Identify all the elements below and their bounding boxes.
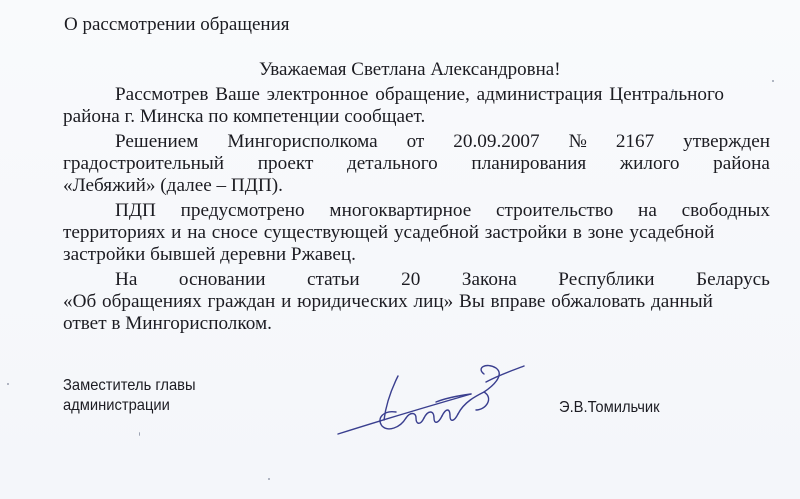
- text-line: ответ в Мингорисполком.: [63, 313, 770, 335]
- scan-speck: [772, 80, 774, 82]
- letter-greeting: Уважаемая Светлана Александровна!: [259, 59, 561, 81]
- word: Решением: [115, 131, 198, 153]
- signatory-title-line: администрации: [63, 396, 196, 416]
- word: предусмотрено: [181, 200, 305, 222]
- word: Закона: [462, 269, 517, 291]
- word: свободных: [682, 200, 770, 222]
- word: детального: [347, 153, 438, 175]
- letter-subject: О рассмотрении обращения: [64, 14, 290, 36]
- text-line: ПДП предусмотрено многоквартирное строит…: [63, 200, 770, 222]
- paragraph-review-notice: Рассмотрев Ваше электронное обращение, а…: [63, 84, 770, 128]
- text-line: градостроительный проект детального план…: [63, 153, 770, 175]
- word: утвержден: [683, 131, 770, 153]
- word: планирования: [471, 153, 586, 175]
- word: На: [115, 269, 137, 291]
- word: градостроительный: [63, 153, 224, 175]
- text-line: «Лебяжий» (далее – ПДП).: [63, 175, 770, 197]
- paragraph-decision: Решением Мингорисполкома от 20.09.2007 №…: [63, 131, 770, 197]
- scanned-letter-page: О рассмотрении обращения Уважаемая Светл…: [0, 0, 800, 499]
- text-line: застройки бывшей деревни Ржавец.: [63, 244, 770, 266]
- word: от: [407, 131, 425, 153]
- signatory-title: Заместитель главы администрации: [63, 376, 196, 416]
- paragraph-appeal-rights: На основании статьи 20 Закона Республики…: [63, 269, 770, 335]
- word: жилого: [620, 153, 680, 175]
- word: 20: [401, 269, 420, 291]
- signatory-name: Э.В.Томильчик: [559, 398, 660, 418]
- text-line: «Об обращениях граждан и юридических лиц…: [63, 291, 770, 313]
- paragraph-construction: ПДП предусмотрено многоквартирное строит…: [63, 200, 770, 266]
- handwritten-signature-icon: [336, 352, 536, 452]
- text-line: района г. Минска по компетенции сообщает…: [63, 106, 770, 128]
- word: многоквартирное: [329, 200, 471, 222]
- letter-body: Рассмотрев Ваше электронное обращение, а…: [63, 84, 770, 337]
- signatory-title-line: Заместитель главы: [63, 376, 196, 396]
- text-line: Решением Мингорисполкома от 20.09.2007 №…: [63, 131, 770, 153]
- scan-speck: [268, 478, 270, 480]
- word: Мингорисполкома: [227, 131, 377, 153]
- word: района: [713, 153, 770, 175]
- word: Беларусь: [696, 269, 770, 291]
- word: 2167: [616, 131, 654, 153]
- text-line: Рассмотрев Ваше электронное обращение, а…: [63, 84, 770, 106]
- word: основании: [179, 269, 266, 291]
- word: проект: [258, 153, 314, 175]
- scan-speck: [672, 89, 674, 91]
- word: статьи: [307, 269, 360, 291]
- text-line-content: Рассмотрев Ваше электронное обращение, а…: [115, 84, 724, 106]
- word: ПДП: [115, 200, 156, 222]
- text-line: территориях и на сносе существующей усад…: [63, 222, 770, 244]
- text-line: На основании статьи 20 Закона Республики…: [63, 269, 770, 291]
- scan-speck: [139, 432, 140, 436]
- word: на: [638, 200, 657, 222]
- word: Республики: [558, 269, 654, 291]
- scan-speck: [7, 383, 9, 385]
- word: №: [569, 131, 587, 153]
- word: 20.09.2007: [453, 131, 539, 153]
- word: строительство: [496, 200, 613, 222]
